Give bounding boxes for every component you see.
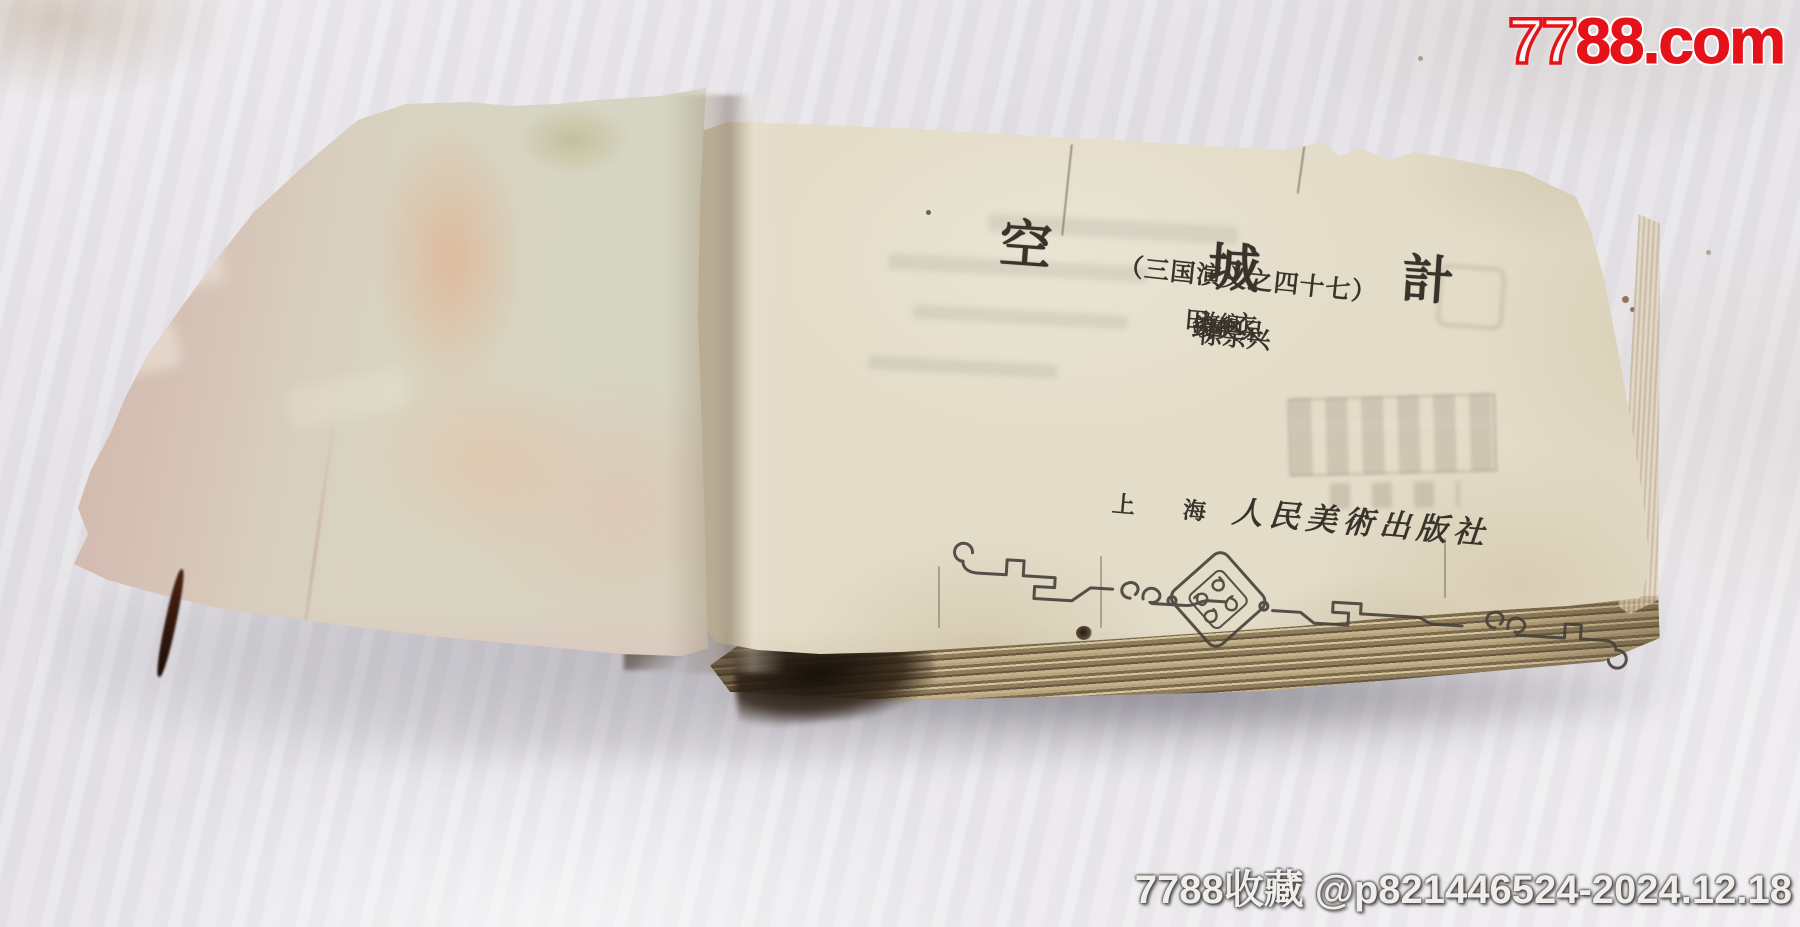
faint-collection-stamp [1287, 393, 1497, 476]
book-gutter-shadow [668, 95, 786, 673]
illustrator-2-name: 徐余兴 [1197, 315, 1272, 356]
publisher-city: 上 海 [1111, 486, 1227, 529]
title-char-kong: 空 [997, 201, 1054, 279]
paper-crack [938, 566, 940, 628]
collection-watermark: 7788收藏 @p821446524-2024.12.18 [1135, 858, 1792, 915]
faded-cover-ghost-mark [285, 366, 411, 430]
title-char-ji: 計 [1399, 236, 1456, 314]
debris-speck [1418, 56, 1423, 61]
site-watermark-solid-part: 88.com [1575, 5, 1784, 77]
debris-speck [1622, 296, 1629, 303]
photo-of-old-comic-book-title-page: 空 城 計 （三国演义之四十七） 田 衣 改編 錢笑呆 圖 徐余兴 上 海 人民… [0, 0, 1800, 927]
credit-adapter: 田 衣 改編 [1187, 299, 1202, 300]
ink-speck [926, 210, 931, 215]
ink-bleed-smudge [913, 304, 1128, 329]
credits-block: 田 衣 改編 錢笑呆 圖 徐余兴 [1185, 299, 1201, 314]
site-watermark-outline-part: 77 [1508, 5, 1575, 77]
debris-speck [1706, 250, 1711, 255]
paper-crack [1297, 146, 1306, 194]
ink-bleed-smudge [868, 355, 1058, 379]
site-watermark: 7788.com [1508, 4, 1784, 78]
